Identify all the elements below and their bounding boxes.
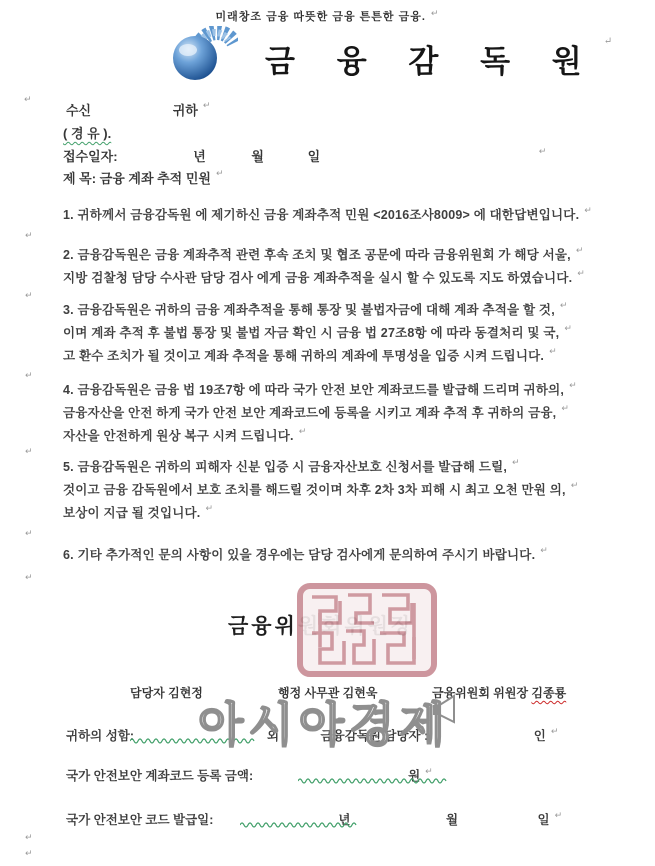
via-row: ( 경 유 ). <box>63 123 111 142</box>
paragraph-text: 지방 검찰청 담당 수사관 담당 검사 에게 금융 계좌추적을 실시 할 수 있… <box>63 271 572 285</box>
paragraph-text: 2. 금융감독원은 금융 계좌추적 관련 후속 조치 및 협조 공문에 따라 금… <box>63 248 571 262</box>
receipt-month-label: 월 <box>251 149 264 164</box>
paragraph-3-line-2: 이며 계좌 추적 후 불법 통장 및 불법 자금 확인 시 금융 법 27조8항… <box>63 323 572 341</box>
paragraph-4-line-2: 금융자산을 안전 하게 국가 안전 보안 계좌코드에 등록을 시키고 계좌 추적… <box>63 403 569 421</box>
seal-graphic <box>296 583 438 677</box>
paragraph-text: 4. 금융감독원은 금융 법 19조7항 에 따라 국가 안전 보안 계좌코드를… <box>63 383 564 397</box>
scanned-document: 미래창조 금융 따뜻한 금융 튼튼한 금융.↵ 금 융 감 독 원↵ ↵ 수신 <box>0 0 655 866</box>
via-label: ( 경 유 ). <box>63 126 111 141</box>
issue-date-label: 국가 안전보안 코드 발급일: <box>66 813 213 827</box>
paragraph-2-line-1: 2. 금융감독원은 금융 계좌추적 관련 후속 조치 및 협조 공문에 따라 금… <box>63 245 584 263</box>
seal-here-label: 인 <box>534 729 546 743</box>
recipient-value: 귀하 <box>173 103 198 118</box>
official-seal-stamp <box>296 583 438 682</box>
paragraph-4-line-3: 자산을 안전하게 원상 복구 시켜 드립니다.↵ <box>63 426 306 444</box>
paragraph-text: 6. 기타 추가적인 문의 사항이 있을 경우에는 담당 검사에게 문의하여 주… <box>63 548 535 562</box>
paragraph-mark: ↵ <box>584 205 592 215</box>
watermark-text: 아시아경제 <box>198 698 450 751</box>
receipt-date-row: 접수일자: 년 월 일 ↵ <box>63 146 546 165</box>
paragraph-mark: ↵ <box>25 528 33 539</box>
paragraph-mark: ↵ <box>539 146 547 156</box>
watermark-cursor-icon <box>432 694 458 729</box>
paragraph-mark: ↵ <box>604 36 629 47</box>
staff-name: 담당자 김현정 <box>130 684 203 701</box>
paragraph-1-line-1: 1. 귀하께서 금융감독원 에 제기하신 금융 계좌추적 민원 <2016조사8… <box>63 205 592 223</box>
paragraph-mark: ↵ <box>203 100 211 110</box>
paragraph-text: 5. 금융감독원은 귀하의 피해자 신분 입증 시 금융자산보호 신청서를 발급… <box>63 460 507 474</box>
paragraph-text: 것이고 금융 감독원에서 보호 조치를 해드릴 것이며 차후 2차 3차 피해 … <box>63 483 566 497</box>
paragraph-text: 이며 계좌 추적 후 불법 통장 및 불법 자금 확인 시 금융 법 27조8항… <box>63 326 559 340</box>
paragraph-mark: ↵ <box>551 726 559 736</box>
name-field-label: 귀하의 성함: <box>66 729 134 743</box>
paragraph-mark: ↵ <box>431 8 440 18</box>
paragraph-mark: ↵ <box>560 300 568 310</box>
paragraph-mark: ↵ <box>25 446 33 457</box>
paragraph-3-line-3: 고 환수 조치가 될 것이고 계좌 추적을 통해 귀하의 계좌에 투명성을 입증… <box>63 346 557 364</box>
paragraph-mark: ↵ <box>577 268 585 278</box>
paragraph-5-line-2: 것이고 금융 감독원에서 보호 조치를 해드릴 것이며 차후 2차 3차 피해 … <box>63 480 578 498</box>
issue-month-label: 월 <box>446 813 458 827</box>
subject-label: 제 목: 금융 계좌 추적 민원 <box>63 171 211 186</box>
staff-name-text: 담당자 김현정 <box>130 686 203 700</box>
slogan-text: 미래창조 금융 따뜻한 금융 튼튼한 금융.↵ <box>0 8 655 24</box>
paragraph-text: 자산을 안전하게 원상 복구 시켜 드립니다. <box>63 429 294 443</box>
amount-field-label: 국가 안전보안 계좌코드 등록 금액: <box>66 769 253 783</box>
green-squiggle-underline <box>240 820 360 828</box>
paragraph-mark: ↵ <box>564 323 572 333</box>
cursor-glyph <box>432 694 458 724</box>
receipt-day-label: 일 <box>308 149 321 164</box>
paragraph-text: 1. 귀하께서 금융감독원 에 제기하신 금융 계좌추적 민원 <2016조사8… <box>63 208 579 222</box>
issue-day-label: 일 <box>538 813 550 827</box>
paragraph-5-line-1: 5. 금융감독원은 귀하의 피해자 신분 입증 시 금융자산보호 신청서를 발급… <box>63 457 520 475</box>
paragraph-6-line-1: 6. 기타 추가적인 문의 사항이 있을 경우에는 담당 검사에게 문의하여 주… <box>63 545 548 563</box>
fss-logo-graphic <box>170 26 238 82</box>
paragraph-mark: ↵ <box>216 168 224 178</box>
paragraph-mark: ↵ <box>571 480 579 490</box>
news-watermark: 아시아경제 <box>198 688 450 755</box>
paragraph-text: 고 환수 조치가 될 것이고 계좌 추적을 통해 귀하의 계좌에 투명성을 입증… <box>63 349 544 363</box>
recipient-label: 수신 <box>66 103 91 118</box>
paragraph-mark: ↵ <box>540 545 548 555</box>
paragraph-3-line-1: 3. 금융감독원은 귀하의 금융 계좌추적을 통해 통장 및 불법자금에 대해 … <box>63 300 568 318</box>
paragraph-mark: ↵ <box>25 290 33 301</box>
green-squiggle-underline <box>298 776 450 784</box>
receipt-year-label: 년 <box>193 149 206 164</box>
paragraph-mark: ↵ <box>512 457 520 467</box>
paragraph-text: 3. 금융감독원은 귀하의 금융 계좌추적을 통해 통장 및 불법자금에 대해 … <box>63 303 555 317</box>
chairman-name-text: 김종룡 <box>531 686 566 700</box>
paragraph-mark: ↵ <box>576 245 584 255</box>
paragraph-mark: ↵ <box>25 370 33 381</box>
paragraph-text: 금융자산을 안전 하게 국가 안전 보안 계좌코드에 등록을 시키고 계좌 추적… <box>63 406 556 420</box>
subject-row: 제 목: 금융 계좌 추적 민원↵ <box>63 168 224 187</box>
logo-sphere-highlight <box>179 44 197 56</box>
paragraph-mark: ↵ <box>24 94 32 105</box>
paragraph-mark: ↵ <box>299 426 307 436</box>
paragraph-5-line-3: 보상이 지급 될 것입니다.↵ <box>63 503 213 521</box>
paragraph-mark: ↵ <box>205 503 213 513</box>
paragraph-mark: ↵ <box>425 766 433 776</box>
logo-sphere <box>173 36 217 80</box>
paragraph-mark: ↵ <box>25 230 33 241</box>
receipt-date-label: 접수일자: <box>63 149 118 164</box>
agency-title: 금 융 감 독 원↵ <box>265 36 629 81</box>
paragraph-4-line-1: 4. 금융감독원은 금융 법 19조7항 에 따라 국가 안전 보안 계좌코드를… <box>63 380 577 398</box>
agency-title-text: 금 융 감 독 원 <box>265 44 599 79</box>
fss-logo <box>170 26 238 82</box>
paragraph-mark: ↵ <box>561 403 569 413</box>
paragraph-mark: ↵ <box>555 810 563 820</box>
paragraph-mark: ↵ <box>25 848 33 859</box>
paragraph-text: 보상이 지급 될 것입니다. <box>63 506 200 520</box>
paragraph-mark: ↵ <box>549 346 557 356</box>
slogan-label: 미래창조 금융 따뜻한 금융 튼튼한 금융. <box>216 11 426 23</box>
paragraph-2-line-2: 지방 검찰청 담당 수사관 담당 검사 에게 금융 계좌추적을 실시 할 수 있… <box>63 268 585 286</box>
paragraph-mark: ↵ <box>569 380 577 390</box>
paragraph-mark: ↵ <box>25 832 33 843</box>
recipient-row: 수신 귀하↵ <box>66 100 210 119</box>
paragraph-mark: ↵ <box>25 572 33 583</box>
